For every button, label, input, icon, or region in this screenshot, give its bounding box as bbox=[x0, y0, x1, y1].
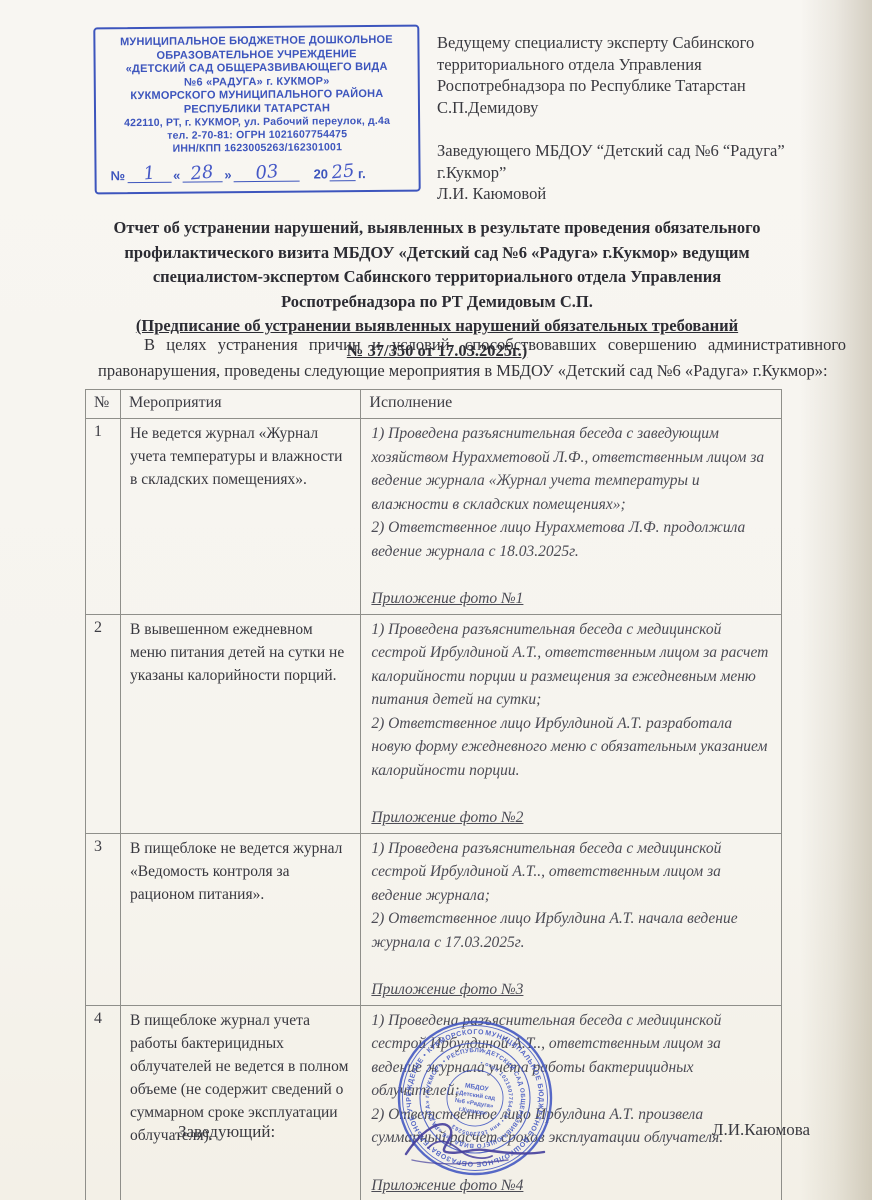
stamp-inn-kpp-line: ИНН/КПП 1623005263/162301001 bbox=[100, 141, 414, 157]
addressee-from-line: Заведующего МБДОУ “Детский сад №6 “Радуг… bbox=[437, 140, 842, 162]
number-sign: № bbox=[111, 168, 126, 183]
row-number: 4 bbox=[86, 1005, 121, 1200]
execution-step-1: 1) Проведена разъяснительная беседа с за… bbox=[371, 422, 769, 516]
header-execution: Исполнение bbox=[361, 390, 782, 419]
handwritten-doc-number: 1 bbox=[143, 167, 156, 180]
stamp-number-date-line: № 1 « 28 » 03 20 25 г. bbox=[100, 159, 414, 184]
stamp-line: МУНИЦИПАЛЬНОЕ БЮДЖЕТНОЕ ДОШКОЛЬНОЕ bbox=[99, 34, 413, 50]
director-name: Л.И.Каюмова bbox=[712, 1120, 810, 1140]
table-row: 3 В пищеблоке не ведется журнал «Ведомос… bbox=[86, 833, 782, 1005]
addressee-to-line: Ведущему специалисту эксперту Сабинского bbox=[437, 32, 842, 54]
stamp-line: КУКМОРСКОГО МУНИЦИПАЛЬНОГО РАЙОНА bbox=[100, 88, 414, 104]
year-prefix: 20 bbox=[313, 166, 328, 181]
title-line: Отчет об устранении нарушений, выявленны… bbox=[42, 216, 832, 241]
execution-cell: 1) Проведена разъяснительная беседа с за… bbox=[361, 419, 782, 615]
execution-step-2: 2) Ответственное лицо Ирбулдина А.Т. нач… bbox=[371, 907, 769, 954]
row-number: 1 bbox=[86, 419, 121, 615]
row-number: 2 bbox=[86, 614, 121, 833]
execution-step-2: 2) Ответственное лицо Нурахметова Л.Ф. п… bbox=[371, 516, 769, 563]
director-label: Заведующий: bbox=[178, 1122, 275, 1142]
table-row: 1 Не ведется журнал «Журнал учета темпер… bbox=[86, 419, 782, 615]
addressee-to-line: территориального отдела Управления bbox=[437, 54, 842, 76]
measure-text: В пищеблоке не ведется журнал «Ведомость… bbox=[121, 833, 361, 1005]
title-line: Роспотребнадзора по РТ Демидовым С.П. bbox=[42, 290, 832, 315]
signature bbox=[388, 1108, 578, 1178]
attachment-note: Приложение фото №3 bbox=[371, 978, 769, 1002]
title-line: специалистом-экспертом Сабинского террит… bbox=[42, 265, 832, 290]
addressee-to-line: Роспотребнадзора по Республике Татарстан bbox=[437, 75, 842, 97]
execution-step-1: 1) Проведена разъяснительная беседа с ме… bbox=[371, 618, 769, 712]
intro-paragraph: В целях устранения причин и условий, спо… bbox=[98, 332, 846, 384]
title-line: профилактического визита МБДОУ «Детский … bbox=[42, 241, 832, 266]
row-number: 3 bbox=[86, 833, 121, 1005]
quote-close: » bbox=[224, 167, 231, 182]
stamp-line: «ДЕТСКИЙ САД ОБЩЕРАЗВИВАЮЩЕГО ВИДА bbox=[100, 61, 414, 77]
execution-cell: 1) Проведена разъяснительная беседа с ме… bbox=[361, 614, 782, 833]
measure-text: Не ведется журнал «Журнал учета температ… bbox=[121, 419, 361, 615]
addressee-to-line: С.П.Демидову bbox=[437, 97, 842, 119]
header-number: № bbox=[86, 390, 121, 419]
handwritten-year: 25 bbox=[331, 165, 355, 179]
table-row: 2 В вывешенном ежедневном меню питания д… bbox=[86, 614, 782, 833]
addressee-from-line: Л.И. Каюмовой bbox=[437, 183, 842, 205]
organization-corner-stamp: МУНИЦИПАЛЬНОЕ БЮДЖЕТНОЕ ДОШКОЛЬНОЕ ОБРАЗ… bbox=[93, 25, 420, 195]
attachment-note: Приложение фото №1 bbox=[371, 587, 769, 611]
header-measures: Мероприятия bbox=[121, 390, 361, 419]
scanned-report-page: МУНИЦИПАЛЬНОЕ БЮДЖЕТНОЕ ДОШКОЛЬНОЕ ОБРАЗ… bbox=[0, 0, 872, 1200]
year-suffix: г. bbox=[358, 166, 366, 181]
addressee-block: Ведущему специалисту эксперту Сабинского… bbox=[437, 32, 842, 205]
addressee-from-line: г.Кукмор” bbox=[437, 162, 842, 184]
execution-step-2: 2) Ответственное лицо Ирбулдиной А.Т. ра… bbox=[371, 712, 769, 783]
table-header-row: № Мероприятия Исполнение bbox=[86, 390, 782, 419]
measure-text: В вывешенном ежедневном меню питания дет… bbox=[121, 614, 361, 833]
measure-text: В пищеблоке журнал учета работы бактериц… bbox=[121, 1005, 361, 1200]
handwritten-day: 28 bbox=[190, 166, 214, 180]
attachment-note: Приложение фото №2 bbox=[371, 806, 769, 830]
execution-step-1: 1) Проведена разъяснительная беседа с ме… bbox=[371, 837, 769, 908]
quote-open: « bbox=[173, 168, 180, 183]
execution-cell: 1) Проведена разъяснительная беседа с ме… bbox=[361, 833, 782, 1005]
handwritten-month: 03 bbox=[255, 166, 279, 180]
